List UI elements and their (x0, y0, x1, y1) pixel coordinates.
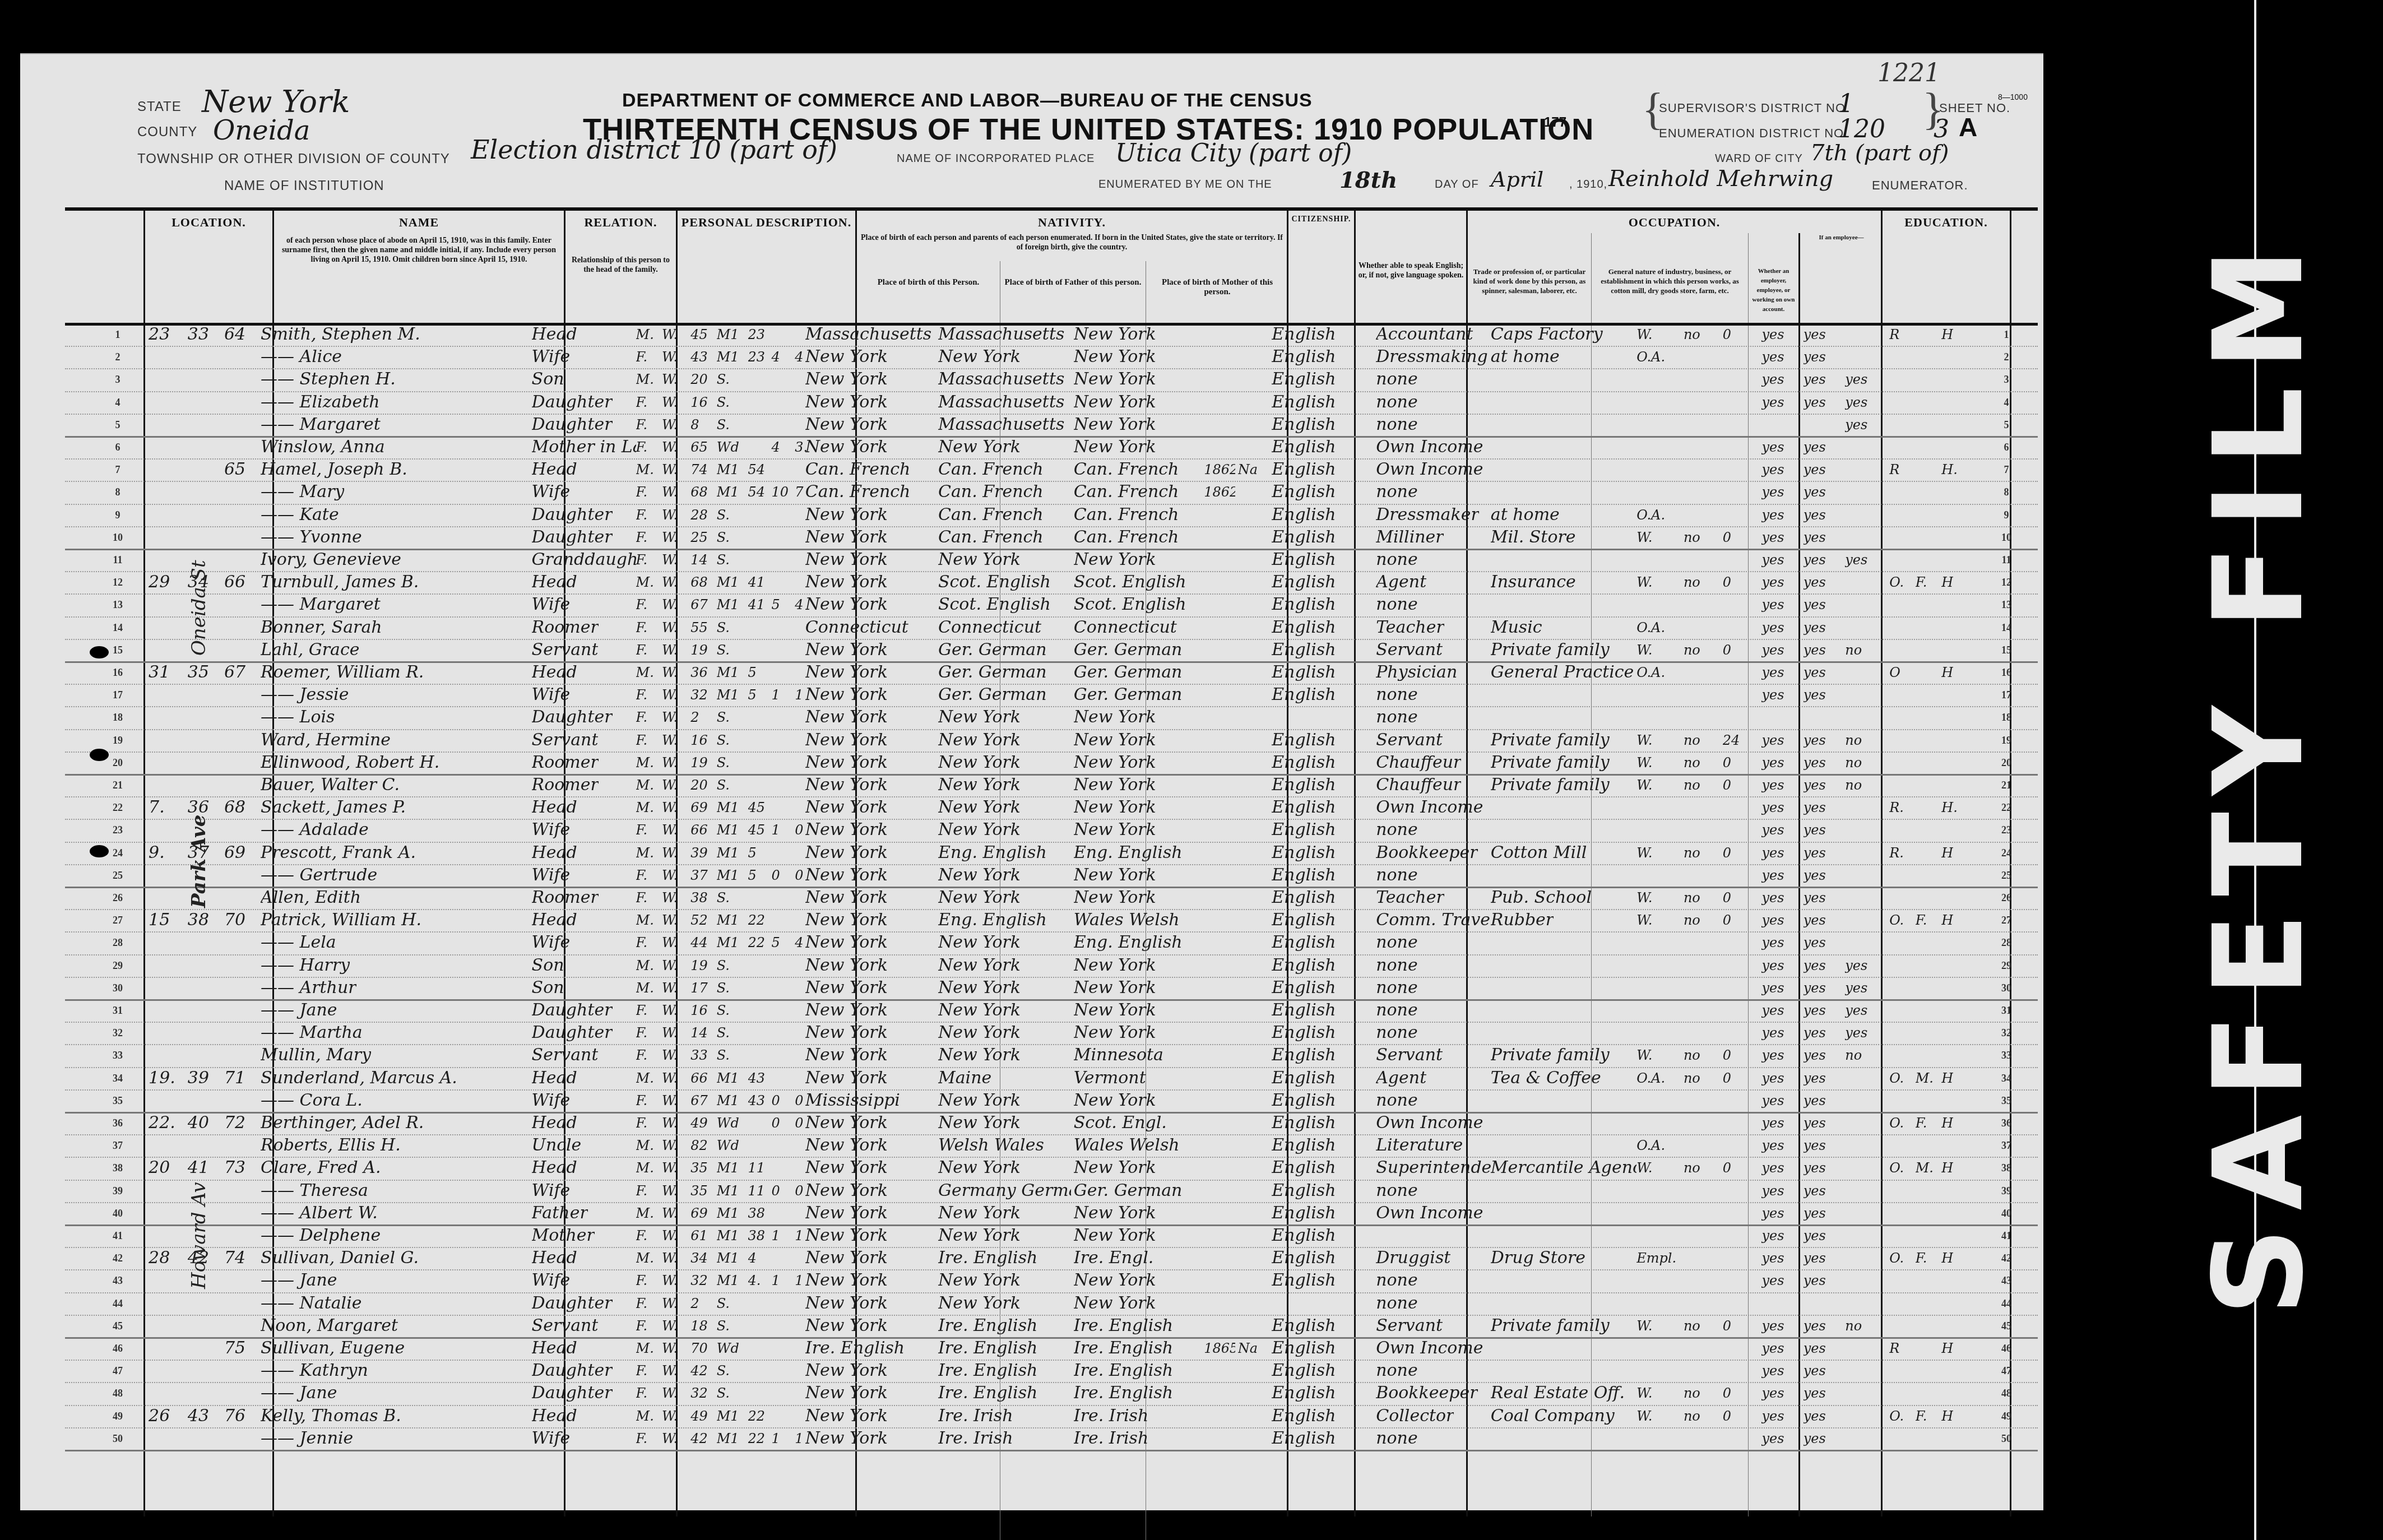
cell-oow: no (1684, 776, 1700, 794)
cell-age: 28 (690, 506, 708, 524)
cell-dwelling: 33 (188, 326, 209, 344)
line-number: 25 (106, 870, 129, 882)
cell-oow: no (1684, 1046, 1700, 1064)
cell-lang: English (1272, 1137, 1336, 1154)
row-divider (65, 752, 2038, 753)
row-divider (65, 1382, 2038, 1383)
cell-bpf: Eng. English (938, 911, 1047, 929)
line-number: 40 (106, 1208, 129, 1219)
cell-lang: English (1272, 821, 1336, 839)
line-number: 6 (106, 442, 129, 453)
cell-house: 22. (149, 1114, 175, 1132)
cell-race: W. (662, 1227, 678, 1245)
cell-relation: Head (532, 799, 577, 817)
cell-read: yes (1761, 393, 1784, 411)
cell-marital: M1 (717, 686, 739, 704)
cell-bpf: New York (938, 799, 1021, 817)
cell-relation: Head (532, 326, 577, 344)
row-divider (65, 526, 2038, 527)
cell-sex: F. (636, 686, 648, 704)
cell-relation: Wife (532, 686, 571, 704)
cell-age: 34 (690, 1249, 708, 1267)
cell-relation: Servant (532, 1317, 599, 1335)
cell-house: 28 (149, 1249, 170, 1267)
cell-relation: Wife (532, 1092, 571, 1110)
cell-bpm: New York (1074, 1227, 1156, 1245)
film-border-top (0, 0, 2040, 53)
line-number: 14 (106, 622, 129, 634)
cell-years: 11 (748, 1182, 766, 1200)
cell-weeks: 0 (1723, 889, 1731, 907)
safety-film-label: SAFETY FILM (2187, 231, 2330, 1316)
cell-name: Bonner, Sarah (261, 619, 382, 637)
cell-born: 4 (771, 438, 780, 456)
cell-bpm: New York (1074, 1001, 1156, 1019)
cell-age: 44 (690, 934, 708, 952)
cell-lang: English (1272, 754, 1336, 772)
cell-years: 23 (748, 326, 766, 344)
line-number: 39 (1995, 1185, 2018, 1197)
cell-race: W. (662, 934, 678, 952)
cell-weeks: 0 (1723, 1069, 1731, 1087)
cell-bp: Can. French (805, 483, 911, 501)
cell-age: 67 (690, 596, 708, 614)
cell-relation: Head (532, 1159, 577, 1177)
cell-own: O. (1889, 1407, 1904, 1425)
cell-marital: M1 (717, 573, 739, 591)
cell-marital: M1 (717, 799, 739, 817)
cell-age: 39 (690, 844, 708, 862)
cell-trade: none (1376, 1182, 1417, 1200)
cell-read: yes (1761, 438, 1784, 456)
cell-trade: none (1376, 483, 1417, 501)
cell-house: 15 (149, 911, 170, 929)
cell-oow: no (1684, 844, 1700, 862)
cell-race: W. (662, 1024, 678, 1042)
cell-write: yes (1804, 1159, 1826, 1177)
row-divider (65, 504, 2038, 505)
line-number: 45 (1995, 1320, 2018, 1332)
ward-label: Ward of city (1715, 152, 1803, 165)
cell-lang: English (1272, 619, 1336, 637)
cell-living: 4 (795, 596, 803, 614)
cell-lang: English (1272, 393, 1336, 411)
cell-living: 0 (795, 1114, 803, 1132)
column-label: If an employee— (1802, 233, 1880, 243)
cell-read: yes (1761, 934, 1784, 952)
line-number: 17 (1995, 689, 2018, 701)
cell-bpm: New York (1074, 438, 1156, 456)
cell-family: 76 (224, 1407, 245, 1425)
relation-column-header: Relationship of this person to the head … (568, 256, 674, 275)
cell-marital: M1 (717, 911, 739, 929)
cell-sex: M. (636, 799, 654, 817)
row-divider (65, 954, 2038, 955)
cell-bp: New York (805, 1046, 888, 1064)
cell-marital: S. (717, 619, 730, 637)
line-number: 47 (106, 1365, 129, 1377)
cell-house: 29 (149, 573, 170, 591)
cell-own: R (1889, 326, 1899, 344)
cell-sex: F. (636, 821, 648, 839)
cell-bpf: Can. French (938, 483, 1044, 501)
cell-bpm: New York (1074, 1159, 1156, 1177)
line-number: 3 (1995, 374, 2018, 386)
cell-write: yes (1804, 1362, 1826, 1380)
cell-relation: Roomer (532, 889, 599, 907)
cell-oow: no (1684, 1317, 1700, 1335)
cell-age: 55 (690, 619, 708, 637)
cell-born: 5 (771, 596, 780, 614)
cell-relation: Mother (532, 1227, 595, 1245)
cell-trade: Teacher (1376, 889, 1444, 907)
cell-marital: S. (717, 416, 730, 434)
cell-read: yes (1761, 506, 1784, 524)
cell-read: yes (1761, 1046, 1784, 1064)
cell-marital: S. (717, 754, 730, 772)
line-number: 49 (1995, 1411, 2018, 1422)
row-divider (65, 1337, 2038, 1339)
line-number: 49 (106, 1411, 129, 1422)
row-divider (65, 1315, 2038, 1316)
cell-born: 1 (771, 1227, 780, 1245)
line-number: 7 (106, 464, 129, 476)
line-number: 1 (1995, 329, 2018, 341)
margin-street-note: Park Ave (188, 815, 210, 908)
cell-name: —— Yvonne (261, 528, 362, 546)
cell-write: yes (1804, 1407, 1826, 1425)
cell-living: 1 (795, 1430, 803, 1448)
cell-race: W. (662, 461, 678, 479)
cell-marital: S. (717, 1001, 730, 1019)
cell-name: —— Lois (261, 708, 335, 726)
cell-bpm: Ire. Engl. (1074, 1249, 1154, 1267)
cell-marital: Wd (717, 1114, 739, 1132)
cell-age: 70 (690, 1339, 708, 1357)
cell-own: O. (1889, 1159, 1904, 1177)
cell-weeks: 0 (1723, 1046, 1731, 1064)
cell-school: no (1845, 641, 1862, 659)
enumerator-name: Reinhold Mehrwing (1608, 166, 1833, 192)
cell-industry: at home (1491, 506, 1560, 524)
cell-bp: Mississippi (805, 1092, 900, 1110)
cell-born: 0 (771, 1092, 780, 1110)
cell-age: 32 (690, 1272, 708, 1289)
cell-bp: New York (805, 708, 888, 726)
cell-age: 20 (690, 370, 708, 388)
cell-name: —— Jennie (261, 1430, 353, 1448)
cell-trade: Teacher (1376, 619, 1444, 637)
line-number: 15 (1995, 644, 2018, 656)
line-number: 47 (1995, 1365, 2018, 1377)
line-number: 15 (106, 644, 129, 656)
cell-race: W. (662, 416, 678, 434)
cell-sex: M. (636, 754, 654, 772)
cell-living: 1 (795, 1272, 803, 1289)
line-number: 46 (106, 1343, 129, 1355)
line-number: 40 (1995, 1208, 2018, 1219)
cell-marital: M1 (717, 596, 739, 614)
cell-bp: New York (805, 551, 888, 569)
cell-trade: Dressmaking (1376, 348, 1488, 366)
section-title: OCCUPATION. (1468, 215, 1881, 230)
cell-bpf: Ire. English (938, 1362, 1037, 1380)
cell-bp: New York (805, 1407, 888, 1425)
cell-age: 2 (690, 708, 699, 726)
line-number: 35 (1995, 1095, 2018, 1107)
cell-lang: English (1272, 506, 1336, 524)
cell-bp: New York (805, 889, 888, 907)
cell-sex: M. (636, 1407, 654, 1425)
cell-write: yes (1804, 1249, 1826, 1267)
line-number: 6 (1995, 442, 2018, 453)
cell-oow: no (1684, 754, 1700, 772)
line-number: 50 (1995, 1433, 2018, 1445)
cell-oow: no (1684, 1159, 1700, 1177)
line-number: 18 (1995, 712, 2018, 723)
margin-street-note: Howard Av (188, 1182, 210, 1289)
cell-own: O. (1889, 1249, 1904, 1267)
cell-sex: M. (636, 957, 654, 975)
cell-name: —— Kathryn (261, 1362, 368, 1380)
line-number: 27 (1995, 915, 2018, 926)
cell-lang: English (1272, 596, 1336, 614)
cell-bpm: Can. French (1074, 483, 1179, 501)
cell-family: 69 (224, 844, 245, 862)
cell-relation: Father (532, 1204, 588, 1222)
cell-trade: none (1376, 686, 1417, 704)
cell-emp: O.A. (1636, 506, 1665, 524)
cell-read: yes (1761, 1430, 1784, 1448)
cell-weeks: 0 (1723, 573, 1731, 591)
cell-weeks: 0 (1723, 776, 1731, 794)
row-divider (65, 616, 2038, 618)
cell-race: W. (662, 1272, 678, 1289)
cell-trade: Own Income (1376, 438, 1483, 456)
row-divider (65, 1202, 2038, 1203)
department-heading: DEPARTMENT OF COMMERCE AND LABOR—BUREAU … (622, 90, 1313, 112)
cell-race: W. (662, 686, 678, 704)
cell-emp: W. (1636, 731, 1652, 749)
cell-age: 42 (690, 1362, 708, 1380)
cell-read: yes (1761, 551, 1784, 569)
year-label: , 1910, (1569, 178, 1607, 191)
line-number: 44 (1995, 1298, 2018, 1310)
cell-trade: Bookkeeper (1376, 844, 1477, 862)
nativity-description: Place of birth of each person and parent… (859, 233, 1285, 252)
cell-bpf: Ire. Irish (938, 1430, 1013, 1448)
cell-bpf: New York (938, 1159, 1021, 1177)
cell-bp: New York (805, 821, 888, 839)
cell-write: yes (1804, 596, 1826, 614)
column-label: Place of birth of this Person. (859, 278, 998, 287)
cell-dwelling: 39 (188, 1069, 209, 1087)
cell-age: 16 (690, 393, 708, 411)
cell-bpf: New York (938, 776, 1021, 794)
cell-years: 54 (748, 483, 766, 501)
cell-trade: none (1376, 370, 1417, 388)
cell-trade: none (1376, 596, 1417, 614)
cell-school: no (1845, 1317, 1862, 1335)
cell-race: W. (662, 1407, 678, 1425)
cell-sex: F. (636, 528, 648, 546)
cell-name: Kelly, Thomas B. (261, 1407, 401, 1425)
cell-emp: W. (1636, 1046, 1652, 1064)
cell-marital: M1 (717, 664, 739, 681)
cell-bp: New York (805, 1317, 888, 1335)
county-value: Oneida (213, 115, 310, 146)
cell-own: O. (1889, 1069, 1904, 1087)
cell-living: 0 (795, 1182, 803, 1200)
cell-age: 69 (690, 1204, 708, 1222)
cell-name: Lahl, Grace (261, 641, 360, 659)
cell-marital: M1 (717, 1159, 739, 1177)
cell-sex: F. (636, 1001, 648, 1019)
cell-sex: M. (636, 1069, 654, 1087)
cell-write: yes (1804, 1001, 1826, 1019)
cell-bpf: New York (938, 1227, 1021, 1245)
cell-trade: none (1376, 1001, 1417, 1019)
cell-bpf: Ire. Irish (938, 1407, 1013, 1425)
cell-name: —— Margaret (261, 596, 381, 614)
line-number: 26 (1995, 892, 2018, 904)
row-divider (65, 391, 2038, 392)
row-divider (65, 1427, 2038, 1428)
cell-age: 35 (690, 1182, 708, 1200)
cell-lang: English (1272, 957, 1336, 975)
cell-name: Clare, Fred A. (261, 1159, 381, 1177)
cell-industry: Cotton Mill (1491, 844, 1587, 862)
cell-marital: M1 (717, 844, 739, 862)
cell-bpf: Ger. German (938, 686, 1047, 704)
line-number: 5 (1995, 419, 2018, 431)
cell-sex: F. (636, 596, 648, 614)
cell-name: —— Theresa (261, 1182, 368, 1200)
cell-race: W. (662, 1362, 678, 1380)
section-title: CITIZENSHIP. (1288, 215, 1354, 224)
cell-read: yes (1761, 1362, 1784, 1380)
cell-bpm: Ire. English (1074, 1339, 1173, 1357)
cell-age: 14 (690, 1024, 708, 1042)
cell-fh: H (1941, 573, 1953, 591)
cell-imm: 1865 (1204, 1339, 1235, 1357)
cell-marital: S. (717, 731, 730, 749)
cell-born: 0 (771, 1182, 780, 1200)
cell-years: 4. (748, 1272, 761, 1289)
cell-race: W. (662, 776, 678, 794)
cell-bpm: Ire. English (1074, 1317, 1173, 1335)
cell-bp: New York (805, 573, 888, 591)
county-label: County (137, 124, 197, 140)
cell-relation: Head (532, 573, 577, 591)
cell-sex: F. (636, 348, 648, 366)
cell-born: 0 (771, 1114, 780, 1132)
cell-marital: M1 (717, 1227, 739, 1245)
cell-relation: Wife (532, 483, 571, 501)
cell-sex: M. (636, 1249, 654, 1267)
cell-sex: F. (636, 1317, 648, 1335)
cell-read: yes (1761, 641, 1784, 659)
cell-trade: none (1376, 1295, 1417, 1312)
cell-trade: Milliner (1376, 528, 1444, 546)
line-number: 29 (1995, 960, 2018, 972)
cell-relation: Wife (532, 1272, 571, 1289)
cell-sex: M. (636, 664, 654, 681)
cell-write: yes (1804, 821, 1826, 839)
cell-industry: Rubber (1491, 911, 1554, 929)
cell-bpf: New York (938, 1114, 1021, 1132)
cell-write: yes (1804, 754, 1826, 772)
cell-age: 69 (690, 799, 708, 817)
cell-bpm: New York (1074, 393, 1156, 411)
cell-bpf: New York (938, 1272, 1021, 1289)
cell-fh: H (1941, 326, 1953, 344)
cell-relation: Servant (532, 731, 599, 749)
line-number: 23 (106, 824, 129, 836)
cell-sex: F. (636, 1227, 648, 1245)
section-title: PERSONAL DESCRIPTION. (678, 215, 855, 230)
cell-sex: F. (636, 1295, 648, 1312)
cell-trade: none (1376, 934, 1417, 952)
line-number: 36 (106, 1117, 129, 1129)
cell-name: —— Martha (261, 1024, 363, 1042)
cell-emp: O.A. (1636, 1137, 1665, 1154)
cell-bpm: Wales Welsh (1074, 911, 1180, 929)
cell-trade: none (1376, 393, 1417, 411)
cell-industry: Private family (1491, 776, 1610, 794)
cell-age: 33 (690, 1046, 708, 1064)
cell-age: 14 (690, 551, 708, 569)
cell-industry: Real Estate Off. (1491, 1384, 1625, 1402)
line-number: 13 (106, 599, 129, 611)
line-number: 37 (106, 1140, 129, 1152)
cell-oow: no (1684, 889, 1700, 907)
cell-name: —— Jane (261, 1001, 337, 1019)
cell-trade: Own Income (1376, 799, 1483, 817)
cell-weeks: 0 (1723, 1159, 1731, 1177)
cell-school: yes (1845, 370, 1867, 388)
cell-sex: M. (636, 1137, 654, 1154)
cell-lang: English (1272, 641, 1336, 659)
line-number: 32 (1995, 1027, 2018, 1039)
cell-industry: Caps Factory (1491, 326, 1603, 344)
cell-bpf: Scot. English (938, 573, 1051, 591)
margin-street-note: Oneida St (188, 560, 210, 656)
cell-years: 5 (748, 664, 757, 681)
cell-born: 1 (771, 1272, 780, 1289)
row-divider (65, 1224, 2038, 1226)
cell-read: yes (1761, 1114, 1784, 1132)
row-divider (65, 481, 2038, 482)
cell-race: W. (662, 754, 678, 772)
cell-sex: F. (636, 1272, 648, 1289)
cell-read: yes (1761, 1384, 1784, 1402)
cell-name: Hamel, Joseph B. (261, 461, 407, 479)
cell-bpf: New York (938, 1024, 1021, 1042)
cell-race: W. (662, 1204, 678, 1222)
cell-read: yes (1761, 596, 1784, 614)
section-title: NAME (274, 215, 564, 230)
cell-race: W. (662, 957, 678, 975)
row-divider (65, 1405, 2038, 1406)
cell-write: yes (1804, 326, 1826, 344)
cell-sex: F. (636, 1430, 648, 1448)
cell-race: W. (662, 619, 678, 637)
line-number: 45 (106, 1320, 129, 1332)
line-number: 10 (106, 532, 129, 544)
cell-sex: M. (636, 911, 654, 929)
row-divider (65, 458, 2038, 460)
